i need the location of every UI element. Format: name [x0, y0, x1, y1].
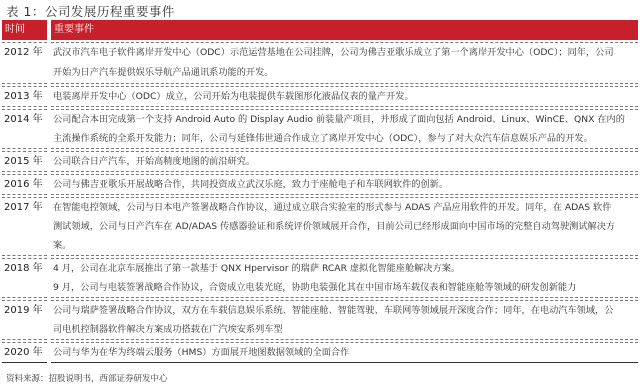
row-event-line: 测试领域，公司与日产汽车在 AD/ADAS 传感器验证和系统评价领域展开合作，目… — [53, 217, 634, 236]
row-event-line: 司电机控制器软件解决方案成功搭载在广汽埃安系列车型 — [53, 320, 634, 339]
row-event-line: 武汉市汽车电子软件离岸开发中心（ODC）示范运营基地在公司挂牌，公司为佛吉亚歌乐… — [53, 43, 634, 63]
header-event: 重要事件 — [51, 20, 638, 40]
row-event-line: 公司与佛吉亚歌乐开展战略合作，共同投资成立武汉乐庭，致力于座舱电子和车联网软件的… — [53, 175, 634, 194]
row-event-line: 电装离岸开发中心（ODC）成立，公司开始为电装提供车载图形化液晶仪表的量产开发。 — [53, 87, 634, 106]
row-year: 2019 年 — [4, 301, 47, 320]
row-event-line: 主流操作系统的全系开发能力；同年，公司与延锋伟世通合作成立了离岸开发中心（ODC… — [53, 129, 634, 148]
header-year: 时间 — [2, 20, 47, 40]
row-year: 2015 年 — [4, 152, 47, 171]
table-row: 2019 年 公司与瑞萨签署战略合作协议，双方在车载信息娱乐系统、智能座舱、智能… — [2, 300, 638, 342]
row-event-line: 9 月，公司与电装签署战略合作协议，合资成立电装光庭，协助电装强化其在中国市场车… — [53, 278, 634, 297]
row-event-line: 公司联合日产汽车，开始高精度地图的前沿研究。 — [53, 152, 634, 171]
table-row: 2015 年 公司联合日产汽车，开始高精度地图的前沿研究。 — [2, 151, 638, 174]
row-year: 2018 年 — [4, 259, 47, 278]
row-event-line: 公司与华为在华为终端云服务（HMS）方面展开地图数据领域的全面合作 — [53, 343, 634, 362]
row-year: 2017 年 — [4, 198, 47, 217]
row-year: 2016 年 — [4, 175, 47, 194]
table-row: 2020 年 公司与华为在华为终端云服务（HMS）方面展开地图数据领域的全面合作 — [2, 342, 638, 365]
table-row: 2014 年 公司配合本田完成第一个支持 Android Auto 的 Disp… — [2, 109, 638, 151]
table-header: 时间 重要事件 — [2, 20, 638, 40]
table-row: 2016 年 公司与佛吉亚歌乐开展战略合作，共同投资成立武汉乐庭，致力于座舱电子… — [2, 174, 638, 197]
milestones-table: 时间 重要事件 2012 年 武汉市汽车电子软件离岸开发中心（ODC）示范运营基… — [2, 20, 638, 365]
row-event-line: 公司配合本田完成第一个支持 Android Auto 的 Display Aud… — [53, 110, 634, 129]
table-row: 2013 年 电装离岸开发中心（ODC）成立，公司开始为电装提供车载图形化液晶仪… — [2, 86, 638, 109]
row-event-line: 开始为日产汽车提供娱乐导航产品通讯系功能的开发。 — [53, 63, 634, 83]
table-row: 2012 年 武汉市汽车电子软件离岸开发中心（ODC）示范运营基地在公司挂牌，公… — [2, 42, 638, 86]
row-year: 2013 年 — [4, 87, 47, 106]
row-year: 2012 年 — [4, 43, 47, 63]
row-year: 2014 年 — [4, 110, 47, 129]
table-row: 2018 年 4 月，公司在北京车展推出了第一款基于 QNX Hpervisor… — [2, 258, 638, 300]
table-row: 2017 年 在智能电控领域，公司与日本电产签署战略合作协议，通过成立联合实验室… — [2, 197, 638, 258]
source-note: 资料来源：招股说明书，西部证券研发中心 — [6, 372, 168, 384]
row-year: 2020 年 — [4, 343, 47, 362]
row-event-line: 案。 — [53, 236, 634, 255]
row-event-line: 在智能电控领域，公司与日本电产签署战略合作协议，通过成立联合实验室的形式参与 A… — [53, 198, 634, 217]
row-event-line: 4 月，公司在北京车展推出了第一款基于 QNX Hpervisor 的瑞萨 RC… — [53, 259, 634, 278]
table-title: 表 1：公司发展历程重要事件 — [6, 2, 175, 20]
row-event-line: 公司与瑞萨签署战略合作协议，双方在车载信息娱乐系统、智能座舱、智能驾驶、车联网等… — [53, 301, 634, 320]
